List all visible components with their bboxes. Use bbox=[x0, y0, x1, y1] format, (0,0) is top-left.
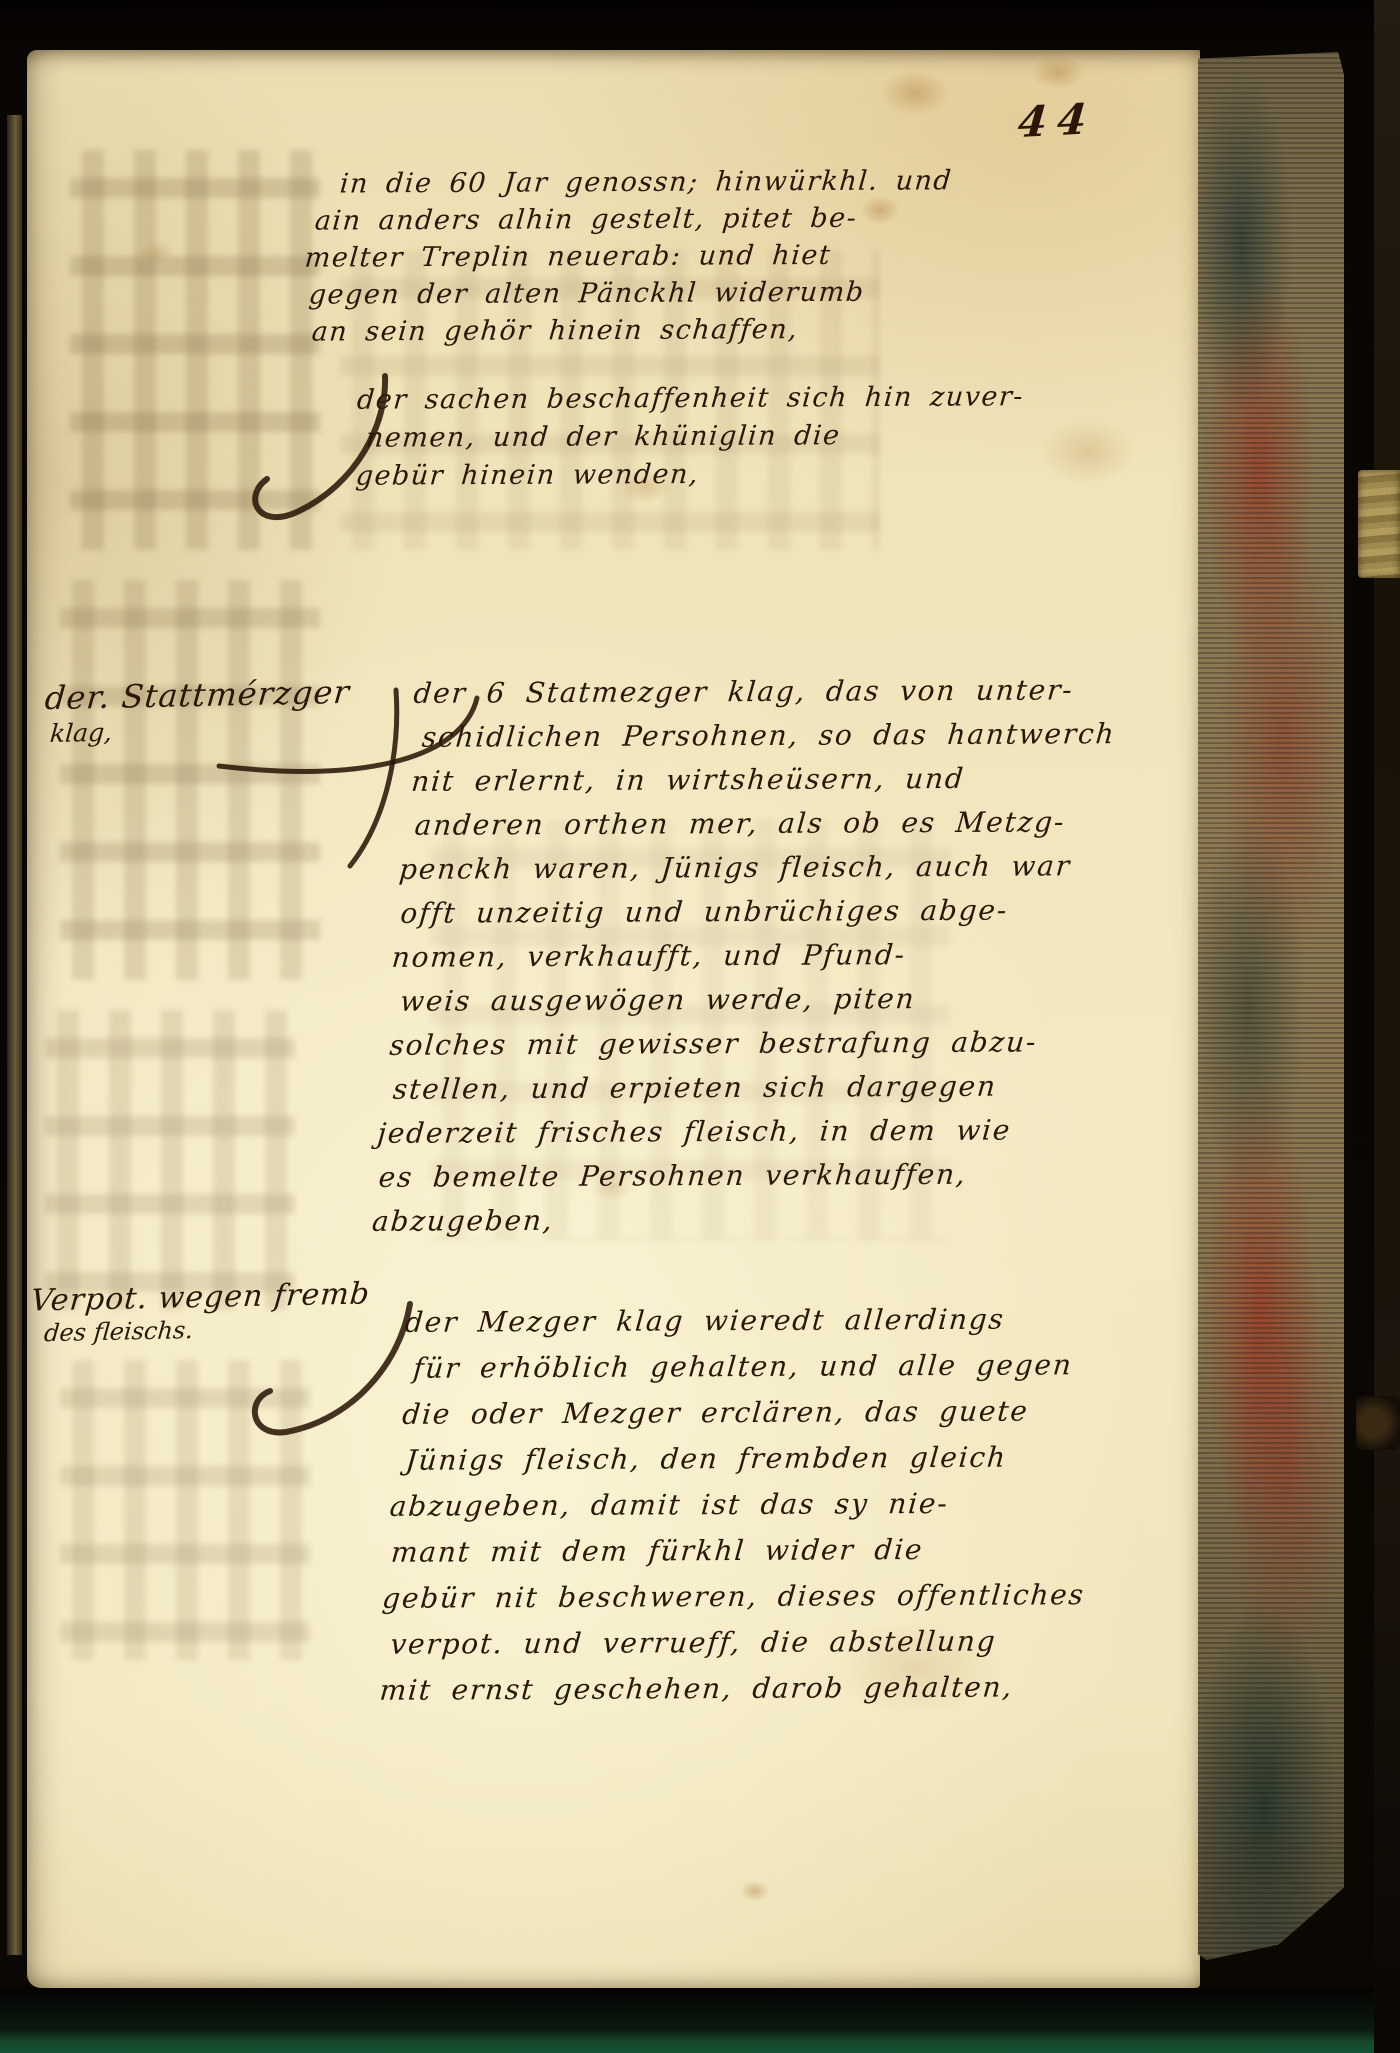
manuscript-line: verpot. und verrueff, die abstellung bbox=[389, 1618, 1083, 1668]
manuscript-line: der sachen beschaffenheit sich hin zuver… bbox=[355, 378, 1025, 419]
manuscript-line: die oder Mezger erclären, das guete bbox=[401, 1388, 1102, 1438]
margin-note-verpot-fremdes-fleisch: Verpot. wegen fremb des fleischs. bbox=[27, 1276, 372, 1347]
margin-note-stattmetzger-klag: der. Stattmérzger klag, bbox=[41, 673, 352, 748]
under-page-edge bbox=[7, 115, 22, 1955]
book-fore-edge bbox=[1198, 52, 1344, 1960]
manuscript-line: ain anders alhin gestelt, pitet be- bbox=[313, 199, 950, 239]
book-clasp-tie bbox=[1358, 470, 1400, 578]
folio-number: 44 bbox=[1016, 94, 1099, 147]
manuscript-line: der Mezger klag wieredt allerdings bbox=[403, 1296, 1109, 1346]
stain bbox=[1030, 55, 1086, 89]
manuscript-line: gebür nit beschweren, dieses offentliche… bbox=[380, 1572, 1086, 1622]
manuscript-line: penckh waren, Jünigs fleisch, auch war bbox=[397, 844, 1106, 892]
manuscript-line: nemen, und der khüniglin die bbox=[364, 416, 1022, 457]
manuscript-line: an sein gehör hinein schaffen, bbox=[310, 310, 941, 350]
stain bbox=[880, 70, 950, 116]
manuscript-line: für erhöblich gehalten, und alle gegen bbox=[411, 1342, 1105, 1392]
stain bbox=[140, 240, 174, 264]
manuscript-line: der 6 Statmezger klag, das von unter- bbox=[412, 668, 1121, 716]
stain bbox=[1040, 420, 1135, 484]
stain bbox=[740, 1880, 770, 1902]
manuscript-line: gebür hinein wenden, bbox=[354, 454, 1019, 495]
manuscript-line: in die 60 Jar genossn; hinwürkhl. und bbox=[338, 162, 953, 202]
manuscript-line: Jünigs fleisch, den frembden gleich bbox=[404, 1434, 1098, 1484]
manuscript-line: stellen, und erpieten sich dargegen bbox=[391, 1064, 1088, 1112]
page-edges-band bbox=[1344, 49, 1378, 1911]
bleedthrough-marks bbox=[60, 1360, 310, 1660]
book-clasp-notch bbox=[1356, 1396, 1400, 1450]
manuscript-line: schidlichen Persohnen, so das hantwerch bbox=[420, 712, 1117, 760]
manuscript-line: mant mit dem fürkhl wider die bbox=[389, 1526, 1090, 1576]
manuscript-line: weis ausgewögen werde, piten bbox=[398, 976, 1095, 1024]
manuscript-line: anderen orthen mer, als ob es Metzg- bbox=[413, 800, 1110, 848]
manuscript-line: offt unzeitig und unbrüchiges abge- bbox=[399, 888, 1103, 936]
manuscript-line: jederzeit frisches fleisch, in dem wie bbox=[376, 1108, 1085, 1156]
margin-note-line: Verpot. wegen fremb bbox=[29, 1276, 371, 1318]
paragraph-2: der sachen beschaffenheit sich hin zuver… bbox=[349, 378, 1025, 495]
margin-note-line: der. Stattmérzger bbox=[43, 673, 351, 717]
manuscript-photo: 44 in die 60 Jar genossn; hinwürkhl. und… bbox=[0, 0, 1400, 2053]
paragraph-4-decision: der Mezger klag wieredt allerdingsfür er… bbox=[373, 1296, 1110, 1714]
bleedthrough-marks bbox=[60, 580, 320, 980]
manuscript-line: mit ernst geschehen, darob gehalten, bbox=[378, 1664, 1079, 1714]
bleedthrough-marks bbox=[70, 150, 320, 550]
manuscript-line: abzugeben, bbox=[370, 1196, 1077, 1244]
manuscript-line: solches mit gewisser bestrafung abzu- bbox=[388, 1020, 1092, 1068]
manuscript-line: nit erlernt, in wirtsheüsern, und bbox=[410, 756, 1114, 804]
bleedthrough-marks bbox=[45, 1010, 295, 1310]
manuscript-line: gegen der alten Pänckhl widerumb bbox=[307, 273, 944, 313]
manuscript-line: es bemelte Persohnen verkhauffen, bbox=[377, 1152, 1081, 1200]
paragraph-1: in die 60 Jar genossn; hinwürkhl. undain… bbox=[292, 162, 954, 350]
paragraph-3-butchers-complaint: der 6 Statmezger klag, das von unter-sch… bbox=[368, 668, 1121, 1244]
manuscript-line: nomen, verkhaufft, und Pfund- bbox=[390, 932, 1099, 980]
manuscript-line: abzugeben, damit ist das sy nie- bbox=[388, 1480, 1094, 1530]
manuscript-line: melter Treplin neuerab: und hiet bbox=[303, 236, 947, 276]
